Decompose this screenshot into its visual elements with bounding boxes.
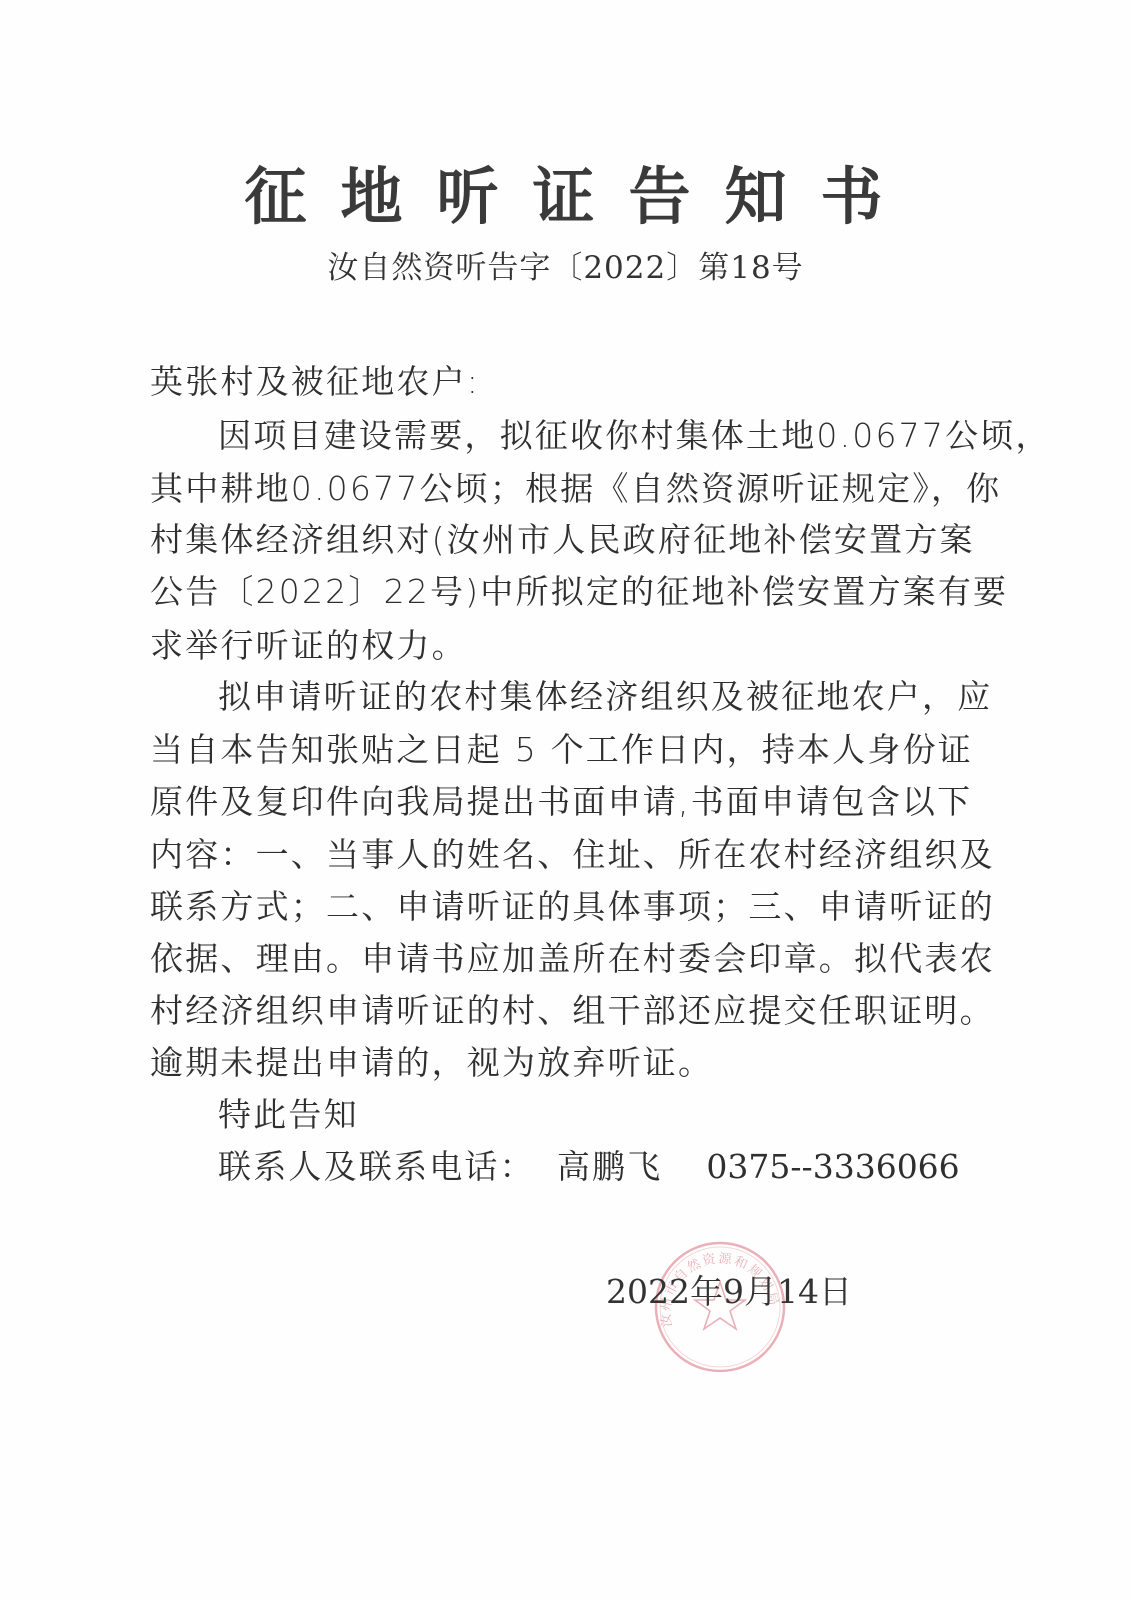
document-page: 征地听证告知书 汝自然资听告字〔2022〕第18号 英张村及被征地农户: 因项目…: [0, 0, 1131, 1600]
paragraph2-line-8: 逾期未提出申请的，视为放弃听证。: [150, 1043, 713, 1083]
closing-text: 特此告知: [218, 1095, 359, 1135]
contact-name: 高鹏飞: [557, 1147, 663, 1186]
contact-phone: 0375--3336066: [706, 1147, 959, 1186]
document-date: 2022年9月14日: [606, 1272, 852, 1312]
paragraph1-line-5: 求举行听证的权力。: [150, 626, 467, 666]
paragraph1-line-1: 因项目建设需要，拟征收你村集体土地0.0677公顷，: [218, 416, 958, 456]
paragraph2-line-2: 当自本告知张贴之日起 5 个工作日内，持本人身份证: [150, 730, 958, 770]
contact-line: 联系人及联系电话：高鹏飞0375--3336066: [218, 1147, 960, 1187]
paragraph2-line-1: 拟申请听证的农村集体经济组织及被征地农户，应: [218, 677, 958, 717]
contact-label: 联系人及联系电话：: [218, 1147, 535, 1186]
paragraph1-line-3: 村集体经济组织对(汝州市人民政府征地补偿安置方案: [150, 520, 958, 560]
paragraph1-line-2: 其中耕地0.0677公顷；根据《自然资源听证规定》，你: [150, 469, 958, 509]
paragraph2-line-4: 内容：一、当事人的姓名、住址、所在农村经济组织及: [150, 835, 958, 875]
paragraph2-line-3: 原件及复印件向我局提出书面申请,书面申请包含以下: [150, 782, 958, 822]
paragraph2-line-7: 村经济组织申请听证的村、组干部还应提交任职证明。: [150, 991, 958, 1031]
document-number: 汝自然资听告字〔2022〕第18号: [0, 248, 1131, 288]
paragraph2-line-5: 联系方式；二、申请听证的具体事项；三、申请听证的: [150, 887, 958, 927]
paragraph1-line-4: 公告〔2022〕22号)中所拟定的征地补偿安置方案有要: [150, 572, 958, 612]
salutation: 英张村及被征地农户:: [150, 362, 480, 402]
document-title: 征地听证告知书: [0, 160, 1131, 234]
paragraph2-line-6: 依据、理由。申请书应加盖所在村委会印章。拟代表农: [150, 939, 958, 979]
